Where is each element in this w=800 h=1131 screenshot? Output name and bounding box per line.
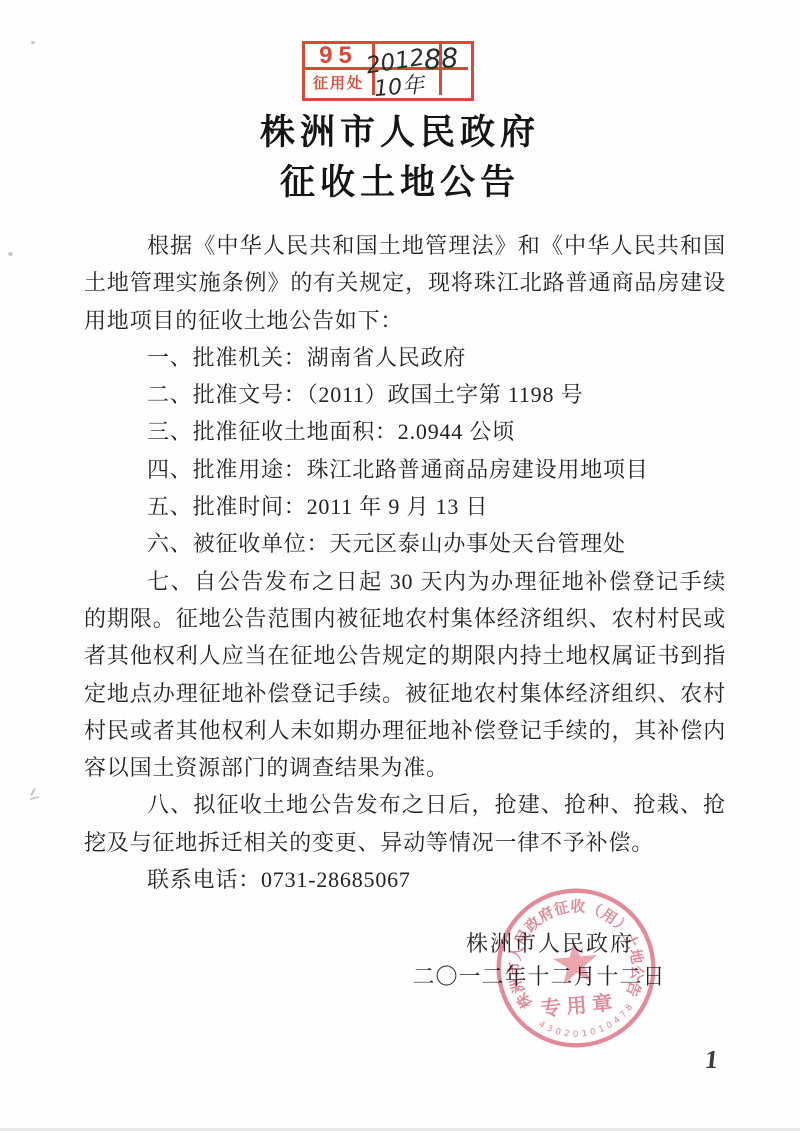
body-paragraph-item4: 四、批准用途：珠江北路普通商品房建设用地项目 [84, 451, 726, 488]
archive-stamp-code: 95 [319, 42, 358, 70]
handwritten-duration: 10年 [373, 68, 426, 103]
body-paragraph-item1: 一、批准机关：湖南省人民政府 [84, 339, 726, 376]
archive-stamp-cell: 征用处 [305, 70, 375, 95]
handwritten-number: 88 [423, 43, 459, 76]
document-subtitle: 征收土地公告 [0, 158, 800, 208]
scan-speck [8, 252, 13, 256]
scan-squiggle-mark [28, 787, 42, 805]
body-paragraph-item5: 五、批准时间：2011 年 9 月 13 日 [84, 488, 726, 525]
body-paragraph-item6: 六、被征收单位：天元区泰山办事处天台管理处 [84, 525, 726, 562]
document-body: 根据《中华人民共和国土地管理法》和《中华人民共和国土地管理实施条例》的有关规定，… [84, 227, 726, 898]
body-paragraph-item3: 三、批准征收土地面积：2.0944 公顷 [84, 413, 726, 450]
document-page: 95 征用处 2012 88 10年 株洲市人民政府 征收土地公告 根据《中华人… [0, 0, 800, 1131]
body-paragraph-intro: 根据《中华人民共和国土地管理法》和《中华人民共和国土地管理实施条例》的有关规定，… [84, 227, 726, 339]
body-paragraph-item7: 七、自公告发布之日起 30 天内为办理征地补偿登记手续的期限。征地公告范围内被征… [84, 563, 726, 787]
official-seal: 株洲市人民政府征收（用）土地公告 专用章 4302010104789 [487, 879, 665, 1057]
archive-stamp-office: 征用处 [313, 72, 364, 93]
document-title: 株洲市人民政府 [0, 108, 800, 158]
scan-speck [31, 41, 35, 44]
page-number: 1 [703, 1045, 719, 1075]
seal-star-icon [551, 939, 599, 985]
document-title-block: 株洲市人民政府 征收土地公告 [0, 108, 800, 208]
body-paragraph-item8: 八、拟征收土地公告发布之日后，抢建、抢种、抢栽、抢挖及与征地拆迁相关的变更、异动… [84, 786, 726, 861]
body-paragraph-item2: 二、批准文号：（2011）政国土字第 1198 号 [84, 376, 726, 413]
seal-center-label: 专用章 [540, 990, 619, 1021]
